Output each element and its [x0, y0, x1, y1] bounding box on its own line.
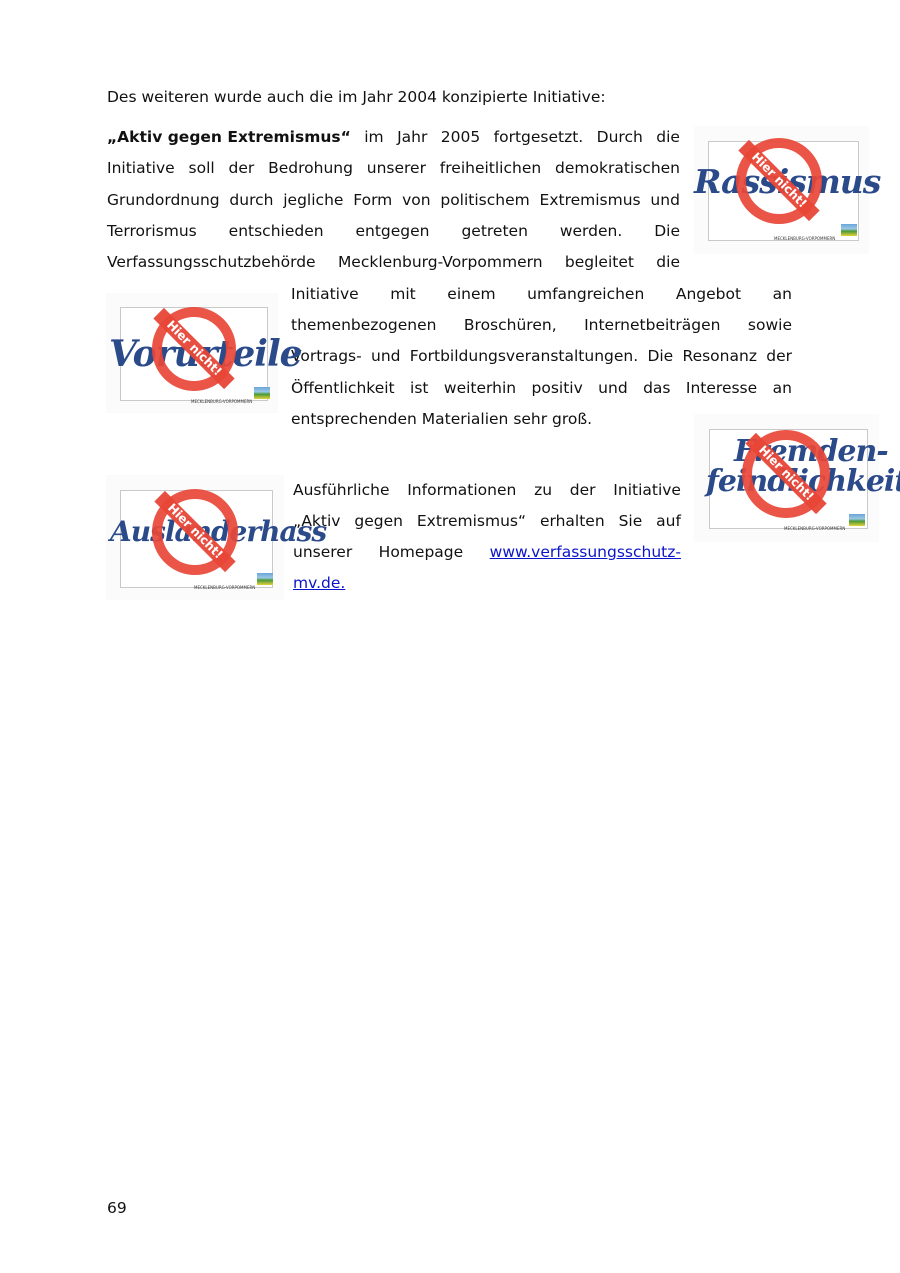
mv-logo-icon [257, 573, 273, 585]
poster-footer: MECKLENBURG-VORPOMMERN [774, 236, 835, 241]
word: und [371, 346, 401, 366]
word: Extremismus“ [417, 511, 526, 531]
word: entgegen [356, 221, 430, 241]
poster-vorurteile: Vorurteile Hier nicht! MECKLENBURG-VORPO… [106, 293, 278, 413]
word: Sie [619, 511, 643, 531]
word: Fortbildungsveranstaltungen. [410, 346, 638, 366]
word: Initiative [291, 284, 359, 304]
poster-footer: MECKLENBURG-VORPOMMERN [784, 526, 845, 531]
intro-line: Des weiteren wurde auch die im Jahr 2004… [107, 87, 606, 107]
word: politischem [440, 190, 529, 210]
word: und [650, 190, 680, 210]
paragraph1-line3: GrundordnungdurchjeglicheFormvonpolitisc… [107, 190, 680, 210]
word: und [598, 378, 628, 398]
paragraph1-line9: ÖffentlichkeitistweiterhinpositivunddasI… [291, 378, 792, 398]
word: Initiative [613, 480, 681, 500]
word: Internetbeiträgen [584, 315, 720, 335]
paragraph2-line2: „AktivgegenExtremismus“erhaltenSieauf [293, 511, 681, 531]
mv-logo-icon [254, 387, 270, 399]
word: Form [353, 190, 392, 210]
word: Verfassungsschutzbehörde [107, 252, 316, 272]
word: Mecklenburg-Vorpommern [338, 252, 543, 272]
paragraph1-line5: VerfassungsschutzbehördeMecklenburg-Vorp… [107, 252, 680, 272]
word: gegen [354, 511, 403, 531]
word: Die [647, 346, 673, 366]
word: 2005 [441, 127, 480, 147]
word: Broschüren, [464, 315, 557, 335]
word: der [229, 158, 255, 178]
word: einem [447, 284, 495, 304]
word: Extremismus [540, 190, 641, 210]
word: zu [534, 480, 552, 500]
word: Grundordnung [107, 190, 220, 210]
word: die [656, 127, 680, 147]
word: Homepage [379, 542, 464, 562]
word: begleitet [565, 252, 634, 272]
word: durch [229, 190, 273, 210]
word: Informationen [407, 480, 516, 500]
word: auf [656, 511, 681, 531]
word: Initiative [107, 158, 175, 178]
word: weiterhin [444, 378, 516, 398]
word: sowie [748, 315, 792, 335]
homepage-link[interactable]: www.verfassungsschutz- [490, 542, 681, 562]
poster-rassismus: Rassismus Hier nicht! MECKLENBURG-VORPOM… [694, 126, 869, 254]
word: themenbezogenen [291, 315, 436, 335]
word: Jahr [397, 127, 427, 147]
homepage-link-continued[interactable]: mv.de. [293, 574, 345, 592]
word: erhalten [540, 511, 605, 531]
word: getreten [461, 221, 527, 241]
word: freiheitlichen [440, 158, 541, 178]
paragraph1-line8: Vortrags-undFortbildungsveranstaltungen.… [291, 346, 792, 366]
word: an [773, 284, 792, 304]
word: umfangreichen [527, 284, 644, 304]
word: werden. [560, 221, 622, 241]
paragraph2-line3: unserer Homepage www.verfassungsschutz- [293, 542, 681, 562]
word: Die [654, 221, 680, 241]
paragraph1-line1: „Aktiv gegen Extremismus“ im Jahr 2005 f… [107, 127, 680, 147]
word: an [773, 378, 792, 398]
word: Resonanz [683, 346, 757, 366]
word: unserer [367, 158, 426, 178]
word: Interesse [686, 378, 757, 398]
word: Angebot [676, 284, 741, 304]
word: der [766, 346, 792, 366]
poster-fremdenfeindlichkeit: Fremden- feindlichkeit Hier nicht! MECKL… [694, 414, 879, 542]
word: mit [390, 284, 415, 304]
paragraph1-line2: InitiativesollderBedrohungunsererfreihei… [107, 158, 680, 178]
word: fortgesetzt. [494, 127, 584, 147]
word: im [364, 127, 383, 147]
word: Öffentlichkeit [291, 378, 395, 398]
paragraph1-line10: entsprechenden Materialien sehr groß. [291, 409, 592, 429]
page-number: 69 [107, 1199, 127, 1217]
word: von [402, 190, 430, 210]
word: soll [189, 158, 215, 178]
poster-footer: MECKLENBURG-VORPOMMERN [191, 399, 252, 404]
paragraph2-line1: AusführlicheInformationenzuderInitiative [293, 480, 681, 500]
word: ist [410, 378, 428, 398]
word: Terrorismus [107, 221, 197, 241]
mv-logo-icon [849, 514, 865, 526]
initiative-title: „Aktiv gegen Extremismus“ [107, 128, 351, 146]
poster-auslaenderhass: Ausländerhass Hier nicht! MECKLENBURG-VO… [106, 475, 284, 600]
word: die [656, 252, 680, 272]
word: der [570, 480, 596, 500]
word: positiv [532, 378, 583, 398]
paragraph1-line4: Terrorismusentschiedenentgegengetretenwe… [107, 221, 680, 241]
paragraph1-line6: InitiativemiteinemumfangreichenAngebotan [291, 284, 792, 304]
word: jegliche [283, 190, 343, 210]
paragraph1-line7: themenbezogenenBroschüren,Internetbeiträ… [291, 315, 792, 335]
word: demokratischen [555, 158, 680, 178]
word: Ausführliche [293, 480, 389, 500]
word: Bedrohung [268, 158, 353, 178]
paragraph2-line4: mv.de. [293, 573, 345, 593]
poster-footer: MECKLENBURG-VORPOMMERN [194, 585, 255, 590]
word: Durch [597, 127, 643, 147]
word: das [643, 378, 670, 398]
word: entschieden [229, 221, 324, 241]
mv-logo-icon [841, 224, 857, 236]
